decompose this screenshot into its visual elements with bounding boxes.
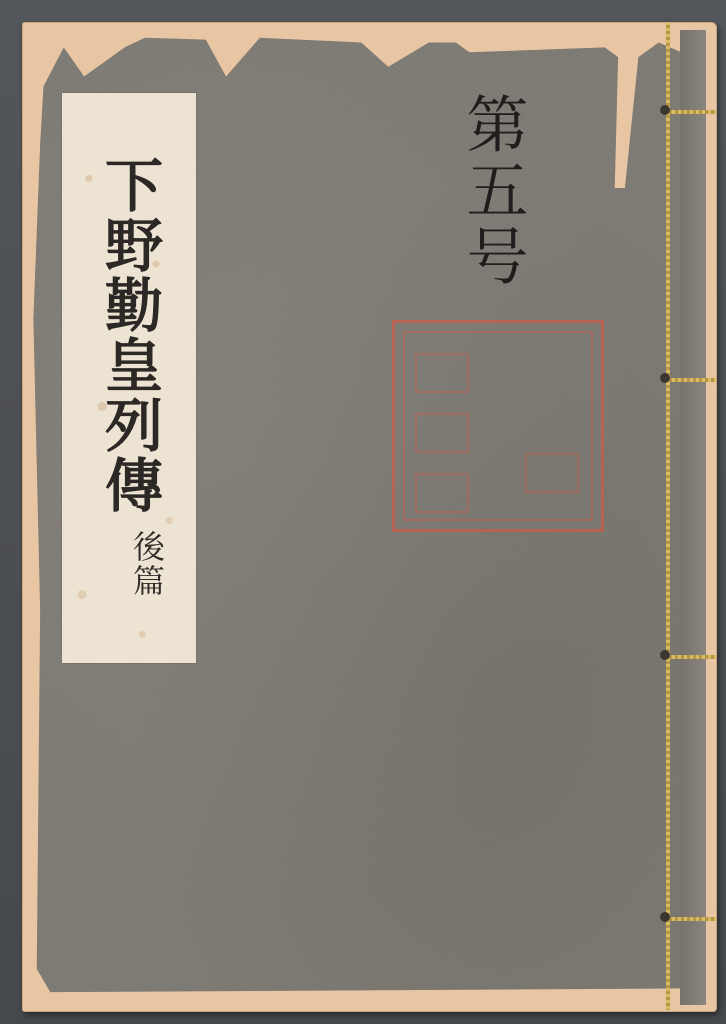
binding-tie (666, 110, 716, 114)
binding-hole (660, 650, 670, 660)
title-label: 下野勤皇列傳 後篇 (62, 93, 196, 663)
binding-thread (666, 22, 670, 1010)
seal-glyph (415, 473, 469, 513)
binding-hole (660, 105, 670, 115)
binding-hole (660, 912, 670, 922)
red-seal-stamp (392, 320, 604, 532)
binding-tie (666, 917, 716, 921)
seal-glyph (525, 453, 579, 493)
seal-glyph (415, 413, 469, 453)
spine-strip (680, 30, 706, 1005)
binding-tie (666, 655, 716, 659)
binding-hole (660, 373, 670, 383)
binding-tie (666, 378, 716, 382)
seal-glyph (415, 353, 469, 393)
book-title: 下野勤皇列傳 (94, 155, 164, 515)
volume-number: 第五号 (448, 92, 537, 290)
book-subtitle: 後篇 (124, 530, 170, 598)
